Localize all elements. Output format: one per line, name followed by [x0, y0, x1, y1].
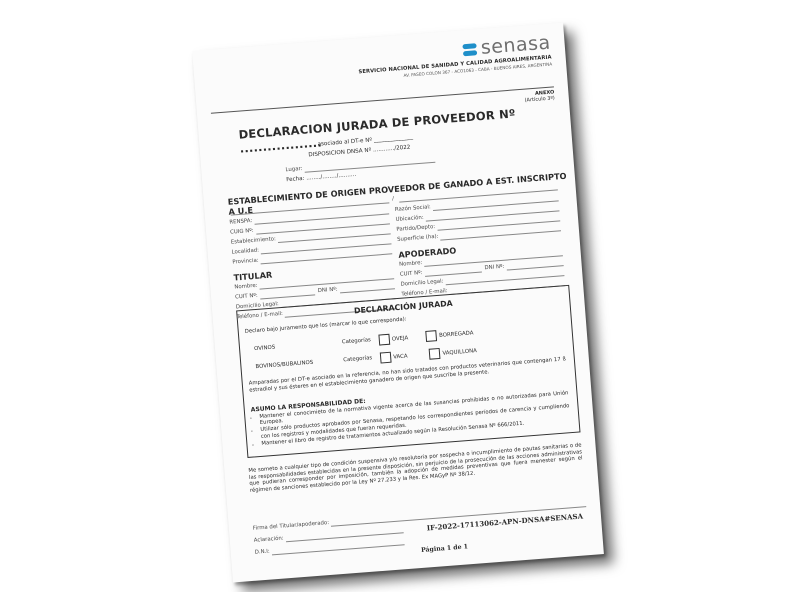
categorias-label: Categorías — [343, 355, 372, 364]
logo-text: senasa — [480, 34, 551, 58]
declaracion-jurada-box: DECLARACIÓN JURADA Declaro bajo jurament… — [236, 285, 580, 458]
checkbox-oveja[interactable]: OVEJA — [378, 332, 408, 345]
document-page: senasa SERVICIO NACIONAL DE SANIDAD Y CA… — [192, 23, 604, 583]
anexo-label: ANEXO (Artículo 3º) — [524, 89, 555, 104]
titular-title: TITULAR — [233, 270, 272, 283]
species-label: OVINOS — [254, 340, 334, 353]
responsabilidad-section: ASUMO LA RESPONSABILIDAD DE: Mantener el… — [251, 382, 571, 448]
checkbox-borregada[interactable]: BORREGADA — [426, 327, 474, 342]
checkbox-vaquillona[interactable]: VAQUILLONA — [429, 345, 477, 360]
categorias-label: Categorías — [342, 337, 371, 346]
page-number: Página 1 de 1 — [421, 543, 468, 554]
species-label: BOVINOS/BUBALINOS — [255, 358, 335, 371]
checkbox-vaca[interactable]: VACA — [380, 350, 408, 363]
document-header: senasa SERVICIO NACIONAL DE SANIDAD Y CA… — [357, 34, 553, 82]
senasa-logo-icon — [463, 43, 478, 56]
fecha-field: Fecha: ......../......../.......... — [286, 172, 356, 184]
